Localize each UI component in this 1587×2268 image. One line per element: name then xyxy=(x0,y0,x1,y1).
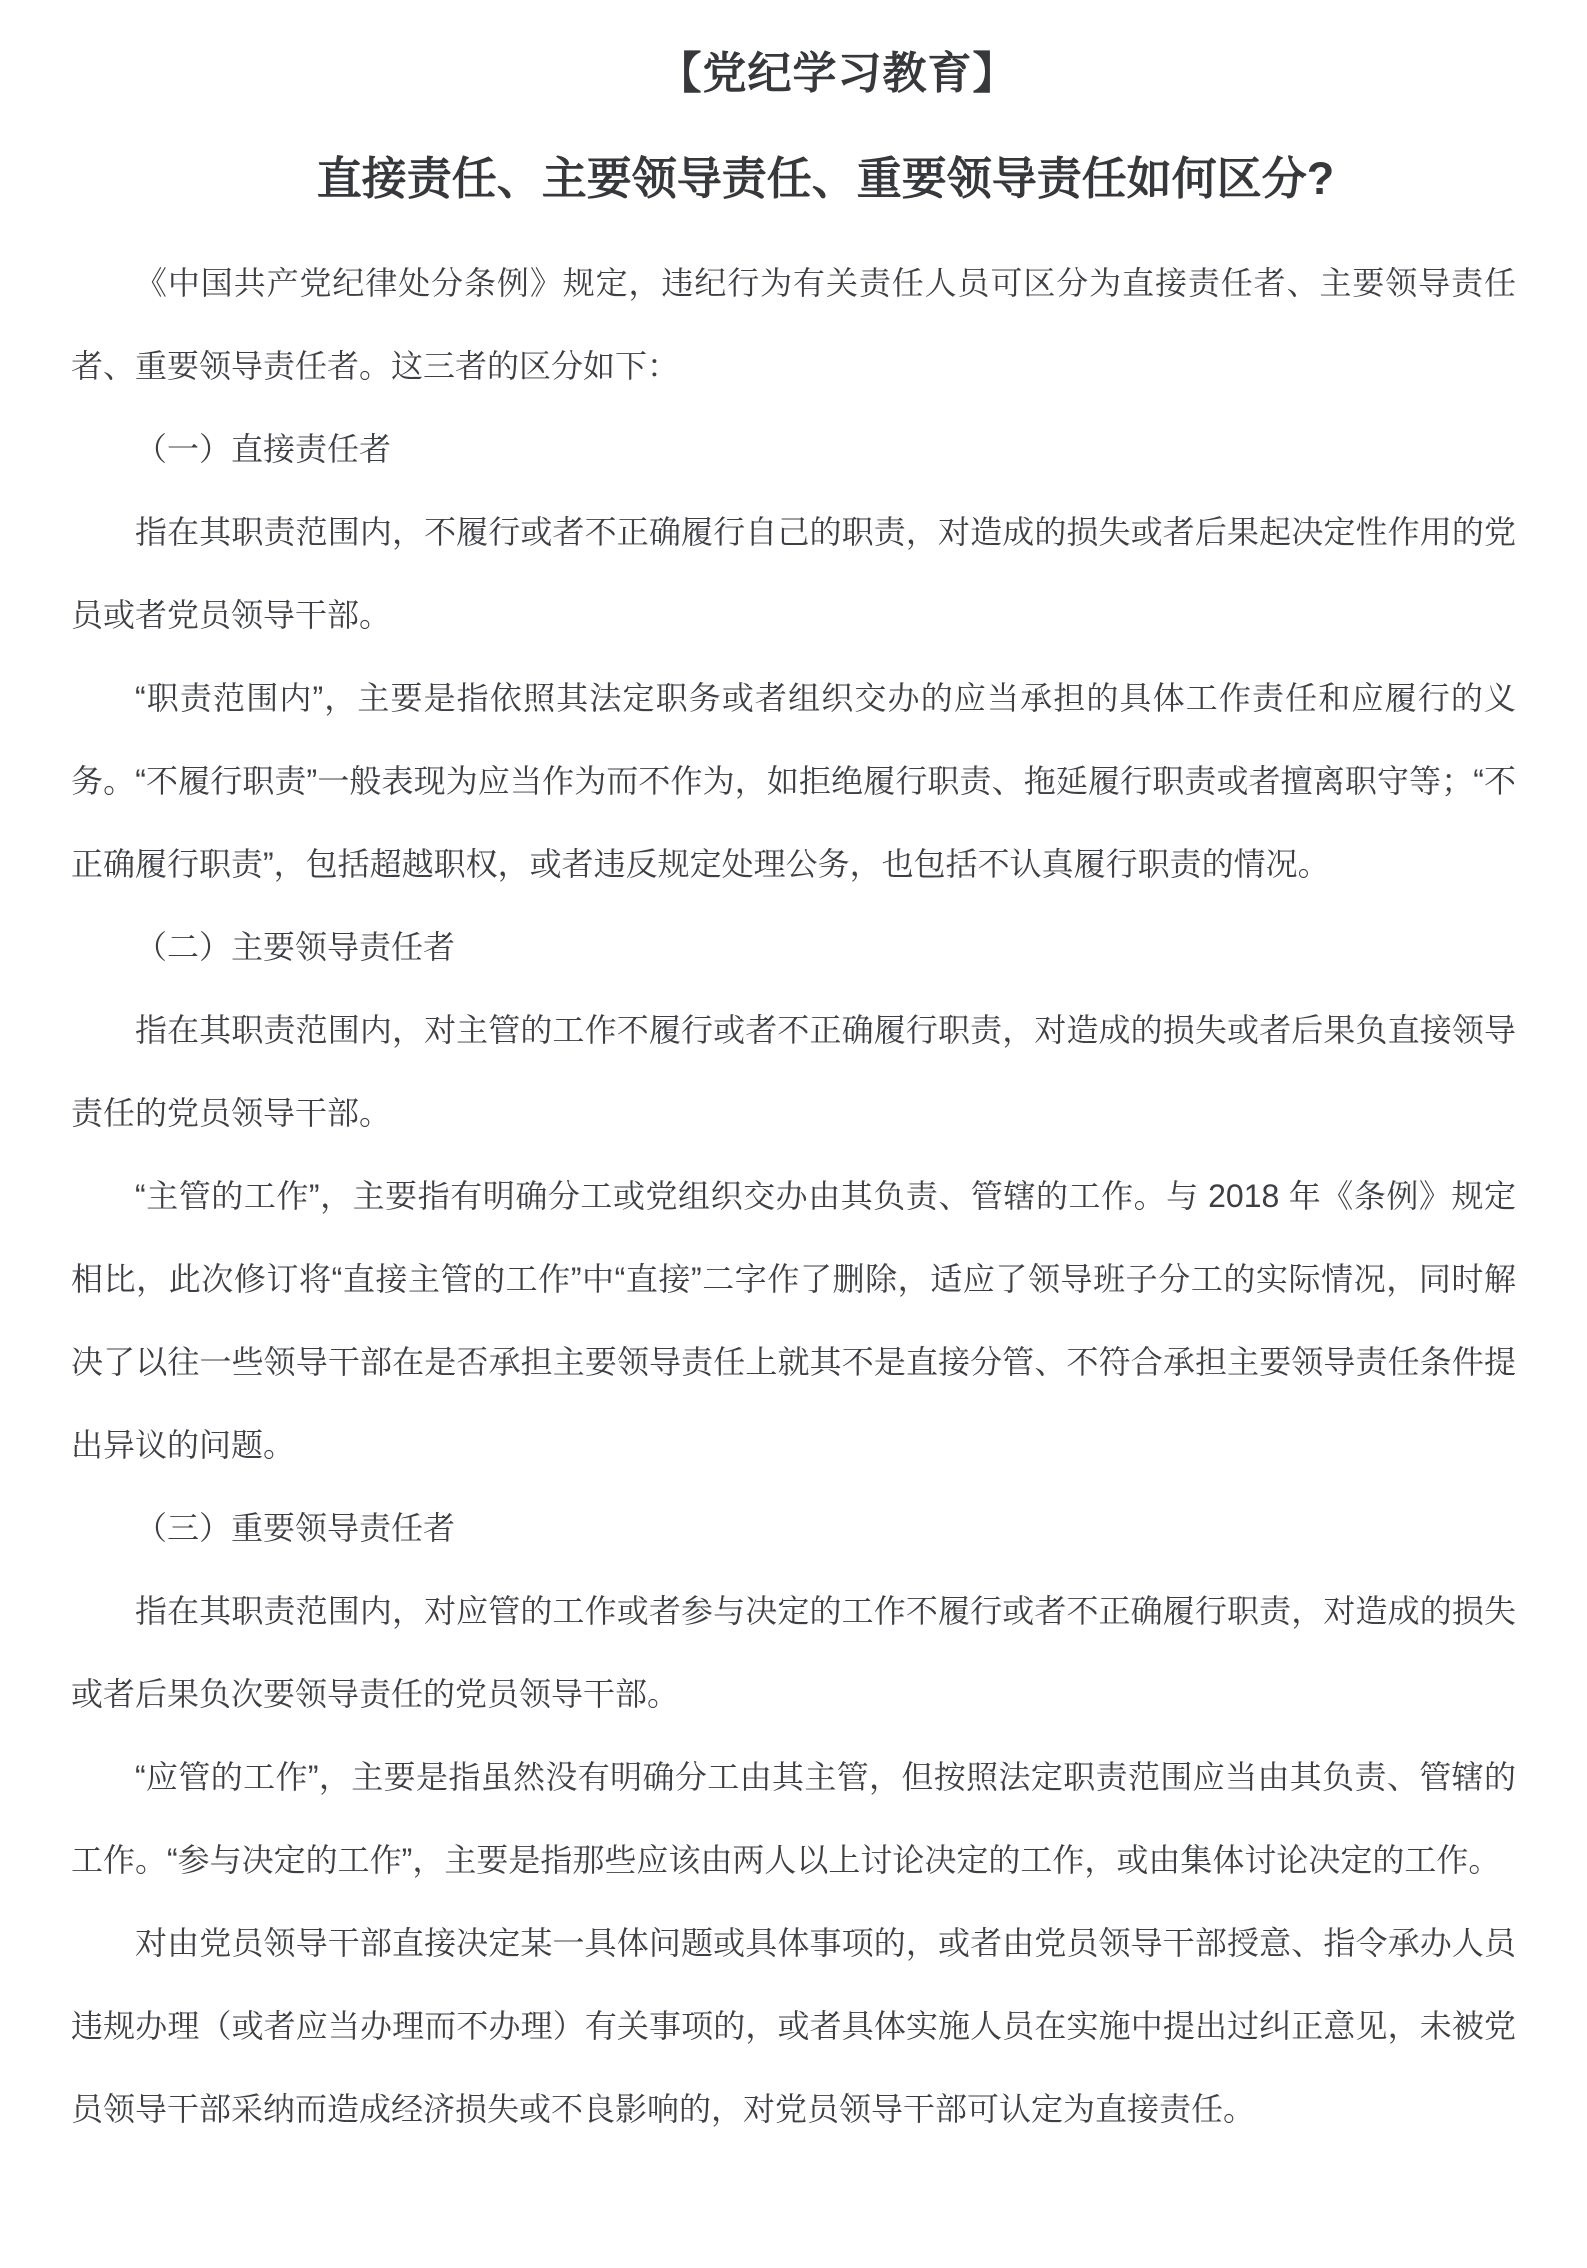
section-heading-one: （一）直接责任者 xyxy=(71,408,1516,491)
paragraph-important-def: 指在其职责范围内，对应管的工作或者参与决定的工作不履行或者不正确履行职责，对造成… xyxy=(71,1570,1516,1736)
paragraph-important-detail: “应管的工作”，主要是指虽然没有明确分工由其主管，但按照法定职责范围应当由其负责… xyxy=(71,1736,1516,1902)
document-page: 【党纪学习教育】 直接责任、主要领导责任、重要领导责任如何区分? 《中国共产党纪… xyxy=(0,0,1587,2268)
paragraph-direct-def: 指在其职责范围内，不履行或者不正确履行自己的职责，对造成的损失或者后果起决定性作… xyxy=(71,491,1516,657)
paragraph-main-detail: “主管的工作”，主要指有明确分工或党组织交办由其负责、管辖的工作。与 2018 … xyxy=(71,1155,1516,1487)
document-title: 直接责任、主要领导责任、重要领导责任如何区分? xyxy=(71,146,1516,212)
document-kicker: 【党纪学习教育】 xyxy=(71,42,1516,106)
paragraph-intro: 《中国共产党纪律处分条例》规定，违纪行为有关责任人员可区分为直接责任者、主要领导… xyxy=(71,242,1516,408)
paragraph-direct-detail: “职责范围内”，主要是指依照其法定职务或者组织交办的应当承担的具体工作责任和应履… xyxy=(71,657,1516,906)
section-heading-two: （二）主要领导责任者 xyxy=(71,906,1516,989)
document-body: 《中国共产党纪律处分条例》规定，违纪行为有关责任人员可区分为直接责任者、主要领导… xyxy=(71,242,1516,2151)
section-heading-three: （三）重要领导责任者 xyxy=(71,1487,1516,1570)
paragraph-conclusion: 对由党员领导干部直接决定某一具体问题或具体事项的，或者由党员领导干部授意、指令承… xyxy=(71,1902,1516,2151)
paragraph-main-def: 指在其职责范围内，对主管的工作不履行或者不正确履行职责，对造成的损失或者后果负直… xyxy=(71,989,1516,1155)
